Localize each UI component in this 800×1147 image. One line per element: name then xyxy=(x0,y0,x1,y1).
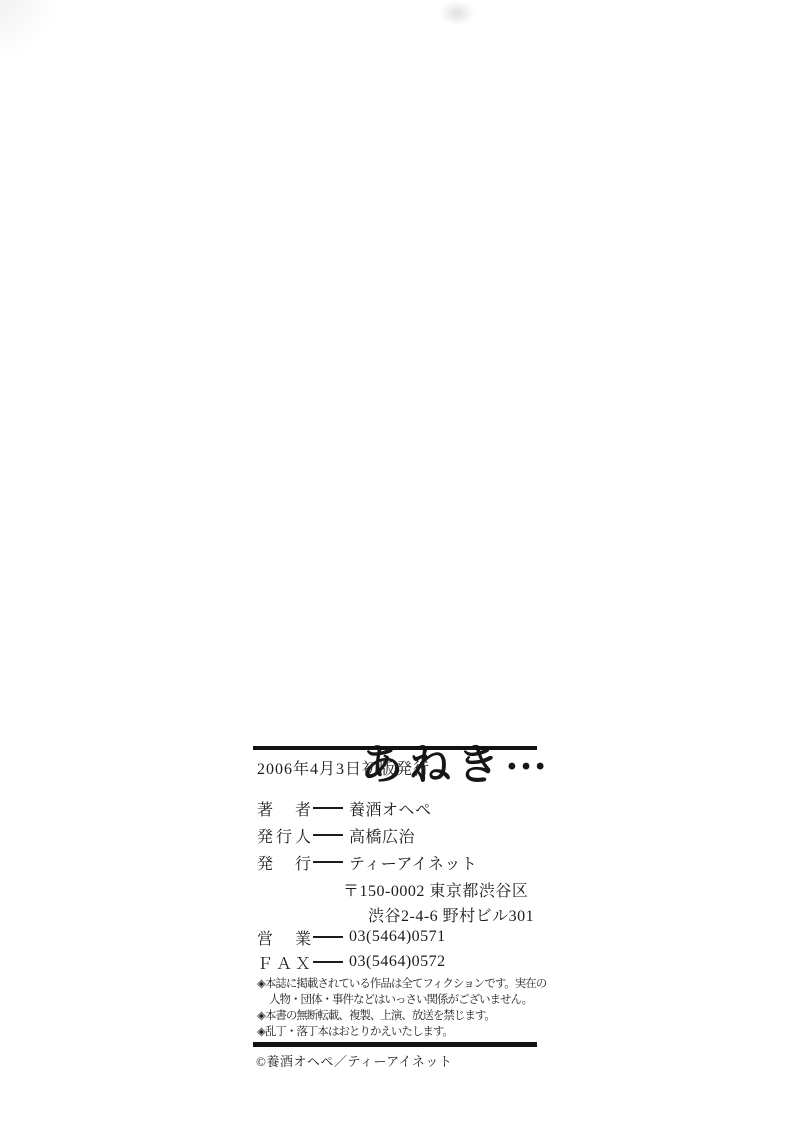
copyright-line: ©養酒オヘペ／ティーアイネット xyxy=(256,1051,452,1070)
notice-fiction-line1: ◈本誌に掲載されている作品は全てフィクションです。実在の xyxy=(257,975,546,991)
contact-label-sales: 営 業 xyxy=(257,926,311,949)
contact-label-fax: ＦＡＸ xyxy=(257,951,311,974)
title-divider-rule xyxy=(253,746,537,750)
credit-row-publisher-person: 発行人 高橋広治 xyxy=(257,825,415,845)
credit-label-publisher-person: 発行人 xyxy=(257,824,311,847)
dash-line xyxy=(313,807,343,809)
contact-value-fax: 03(5464)0572 xyxy=(349,953,446,971)
notice-fiction-line2: 人物・団体・事件などはいっさい関係がございません。 xyxy=(269,991,532,1007)
dash-line xyxy=(313,961,343,963)
edition-date: 2006年4月3日初版発行 xyxy=(257,756,430,779)
credit-value-publisher: ティーアイネット xyxy=(349,851,477,874)
credit-row-publisher: 発 行 ティーアイネット xyxy=(257,852,477,872)
bottom-divider-rule xyxy=(253,1042,537,1047)
colophon-page: あねき… 2006年4月3日初版発行 著 者 養酒オヘペ 発行人 高橋広治 発 … xyxy=(0,0,800,1147)
contact-row-fax: ＦＡＸ 03(5464)0572 xyxy=(257,952,446,972)
scan-artifact xyxy=(433,0,481,30)
publisher-address-line2: 渋谷2-4-6 野村ビル301 xyxy=(368,903,534,926)
dash-line xyxy=(313,936,343,938)
credit-value-publisher-person: 高橋広治 xyxy=(349,824,415,847)
credit-label-publisher: 発 行 xyxy=(257,851,311,874)
contact-value-sales: 03(5464)0571 xyxy=(349,928,446,946)
notice-no-reproduction: ◈本書の無断転載、複製、上演、放送を禁じます。 xyxy=(257,1007,495,1023)
contact-row-sales: 営 業 03(5464)0571 xyxy=(257,927,446,947)
credit-row-author: 著 者 養酒オヘペ xyxy=(257,798,432,818)
notice-defective-copies: ◈乱丁・落丁本はおとりかえいたします。 xyxy=(257,1023,453,1039)
publisher-address-line1: 〒150-0002 東京都渋谷区 xyxy=(343,878,528,901)
dash-line xyxy=(313,834,343,836)
dash-line xyxy=(313,861,343,863)
credit-value-author: 養酒オヘペ xyxy=(349,797,432,820)
scan-corner-shade xyxy=(0,0,55,55)
credit-label-author: 著 者 xyxy=(257,797,311,820)
title-ellipsis: … xyxy=(505,733,554,779)
